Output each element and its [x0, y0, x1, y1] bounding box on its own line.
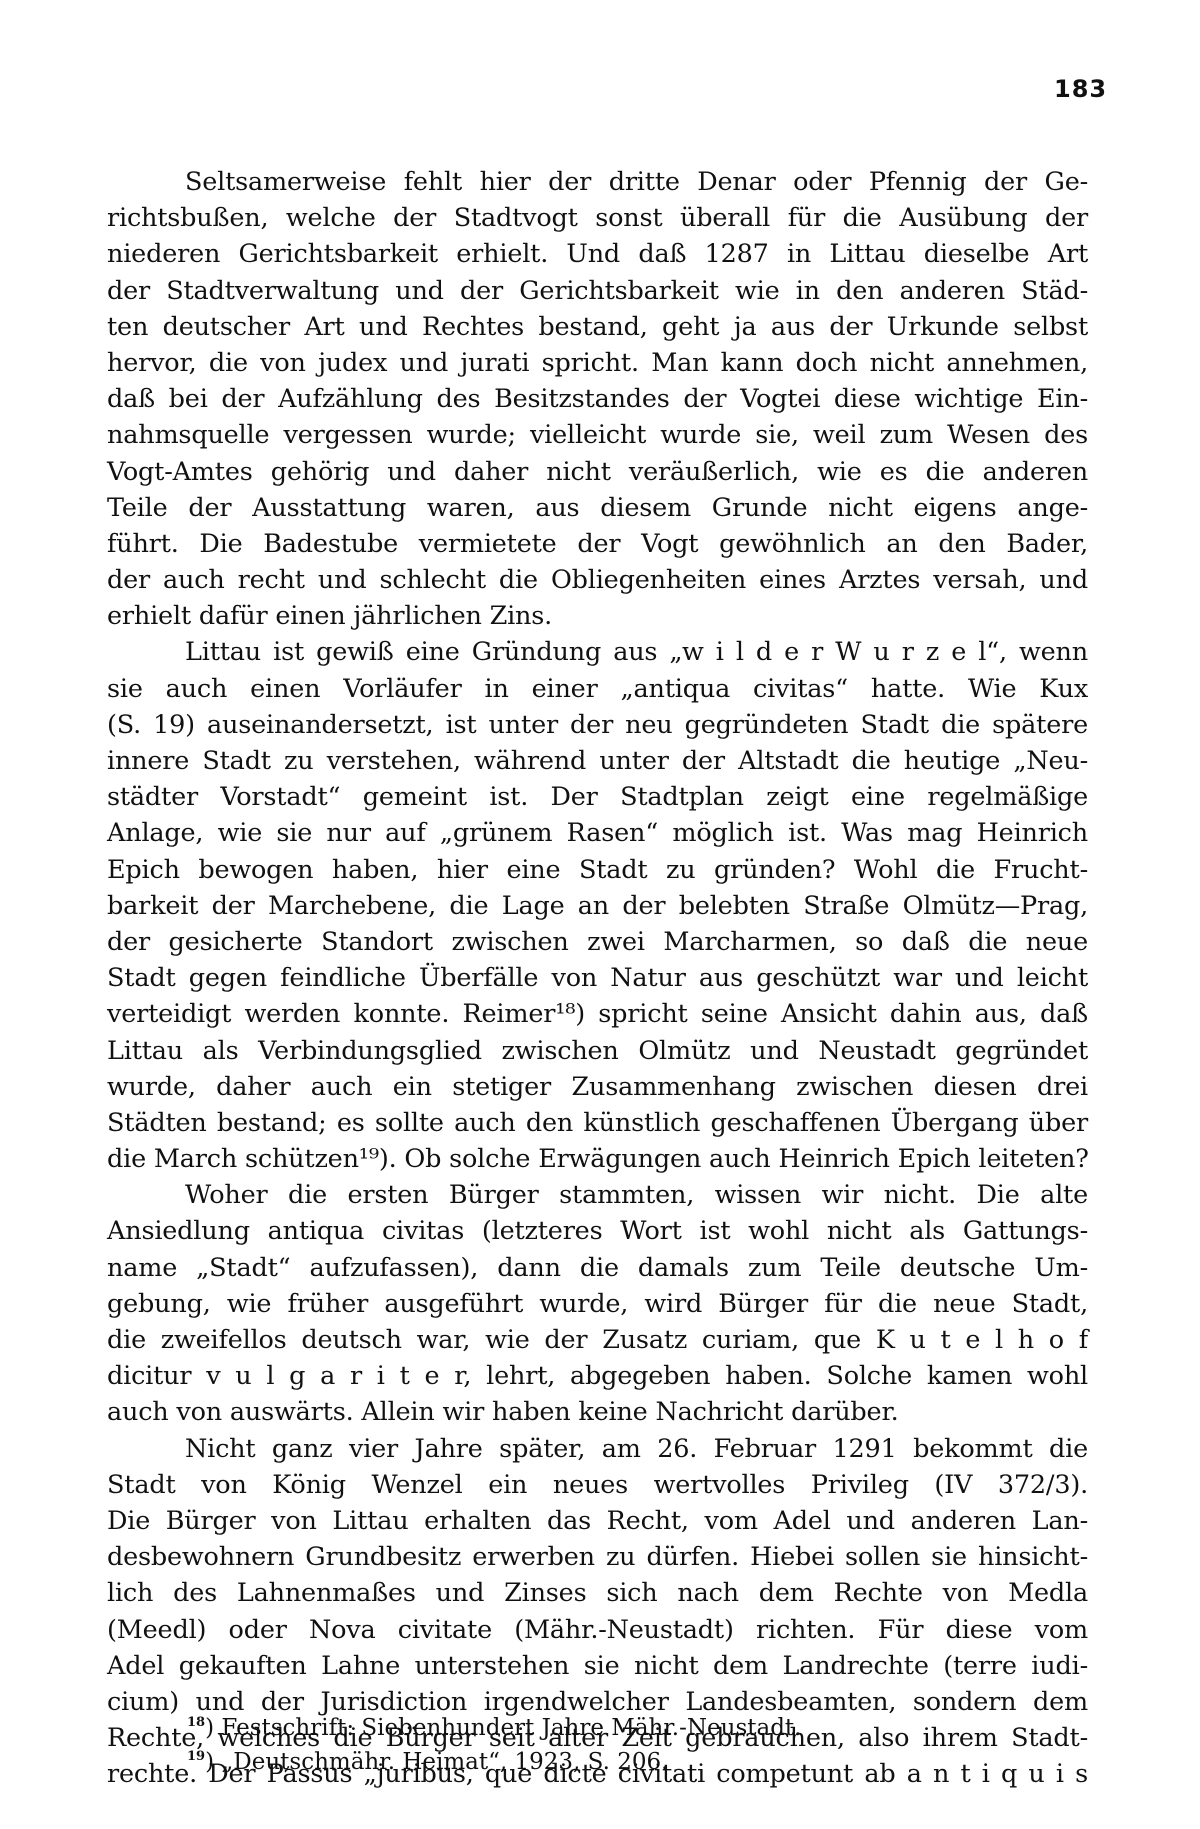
text-line: Die Bürger von Littau erhalten das Recht…: [107, 1503, 1088, 1539]
footnote: 19) „Deutschmähr. Heimat“, 1923, S. 206.: [187, 1740, 987, 1774]
text-line: dicitur v u l g a r i t e r, lehrt, abge…: [107, 1358, 1088, 1394]
text-line: daß bei der Aufzählung des Besitzstandes…: [107, 381, 1088, 417]
text-line: gebung, wie früher ausgeführt wurde, wir…: [107, 1286, 1088, 1322]
document-page: 183 Seltsamerweise fehlt hier der dritte…: [0, 0, 1200, 1829]
footnote: 18) Festschrift: Siebenhundert Jahre Mäh…: [187, 1706, 987, 1740]
text-line: der Stadtverwaltung und der Gerichtsbark…: [107, 273, 1088, 309]
text-line: nahmsquelle vergessen wurde; vielleicht …: [107, 417, 1088, 453]
text-line: hervor, die von judex und jurati spricht…: [107, 345, 1088, 381]
footnotes: 18) Festschrift: Siebenhundert Jahre Mäh…: [187, 1706, 987, 1774]
text-line: die zweifellos deutsch war, wie der Zusa…: [107, 1322, 1088, 1358]
text-line: desbewohnern Grundbesitz erwerben zu dür…: [107, 1539, 1088, 1575]
page-number: 183: [1054, 75, 1107, 103]
text-line: Teile der Ausstattung waren, aus diesem …: [107, 490, 1088, 526]
text-line: erhielt dafür einen jährlichen Zins.: [107, 598, 1088, 634]
text-line: Nicht ganz vier Jahre später, am 26. Feb…: [107, 1431, 1088, 1467]
text-line: Adel gekauften Lahne unterstehen sie nic…: [107, 1648, 1088, 1684]
text-line: barkeit der Marchebene, die Lage an der …: [107, 888, 1088, 924]
text-line: verteidigt werden konnte. Reimer¹⁸) spri…: [107, 996, 1088, 1032]
footnote-text: „Deutschmähr. Heimat“, 1923, S. 206.: [221, 1749, 668, 1775]
footnote-paren: ): [205, 1715, 221, 1741]
text-line: Woher die ersten Bürger stammten, wissen…: [107, 1177, 1088, 1213]
text-line: der gesicherte Standort zwischen zwei Ma…: [107, 924, 1088, 960]
text-line: Vogt-Amtes gehörig und daher nicht veräu…: [107, 454, 1088, 490]
body-text: Seltsamerweise fehlt hier der dritte Den…: [107, 164, 1088, 1792]
text-line: sie auch einen Vorläufer in einer „antiq…: [107, 671, 1088, 707]
text-line: lich des Lahnenmaßes und Zinses sich nac…: [107, 1575, 1088, 1611]
footnote-text: Festschrift: Siebenhundert Jahre Mähr.-N…: [221, 1715, 801, 1741]
text-line: Seltsamerweise fehlt hier der dritte Den…: [107, 164, 1088, 200]
footnote-paren: ): [205, 1749, 221, 1775]
text-line: städter Vorstadt“ gemeint ist. Der Stadt…: [107, 779, 1088, 815]
text-line: richtsbußen, welche der Stadtvogt sonst …: [107, 200, 1088, 236]
text-line: name „Stadt“ aufzufassen), dann die dama…: [107, 1250, 1088, 1286]
text-line: niederen Gerichtsbarkeit erhielt. Und da…: [107, 236, 1088, 272]
text-line: Stadt gegen feindliche Überfälle von Nat…: [107, 960, 1088, 996]
footnote-marker: 19: [187, 1749, 205, 1764]
text-line: Städten bestand; es sollte auch den küns…: [107, 1105, 1088, 1141]
text-line: Littau als Verbindungsglied zwischen Olm…: [107, 1033, 1088, 1069]
text-line: Epich bewogen haben, hier eine Stadt zu …: [107, 852, 1088, 888]
text-line: innere Stadt zu verstehen, während unter…: [107, 743, 1088, 779]
text-line: führt. Die Badestube vermietete der Vogt…: [107, 526, 1088, 562]
text-line: Ansiedlung antiqua civitas (letzteres Wo…: [107, 1213, 1088, 1249]
text-line: auch von auswärts. Allein wir haben kein…: [107, 1394, 1088, 1430]
text-line: (S. 19) auseinandersetzt, ist unter der …: [107, 707, 1088, 743]
text-line: ten deutscher Art und Rechtes bestand, g…: [107, 309, 1088, 345]
text-line: der auch recht und schlecht die Obliegen…: [107, 562, 1088, 598]
text-line: (Meedl) oder Nova civitate (Mähr.-Neusta…: [107, 1612, 1088, 1648]
text-line: Littau ist gewiß eine Gründung aus „w i …: [107, 634, 1088, 670]
paragraph: Seltsamerweise fehlt hier der dritte Den…: [107, 164, 1088, 634]
paragraph: Woher die ersten Bürger stammten, wissen…: [107, 1177, 1088, 1430]
text-line: Stadt von König Wenzel ein neues wertvol…: [107, 1467, 1088, 1503]
text-line: Anlage, wie sie nur auf „grünem Rasen“ m…: [107, 815, 1088, 851]
footnote-marker: 18: [187, 1715, 205, 1730]
paragraph: Littau ist gewiß eine Gründung aus „w i …: [107, 634, 1088, 1177]
text-line: wurde, daher auch ein stetiger Zusammenh…: [107, 1069, 1088, 1105]
text-line: die March schützen¹⁹). Ob solche Erwägun…: [107, 1141, 1088, 1177]
